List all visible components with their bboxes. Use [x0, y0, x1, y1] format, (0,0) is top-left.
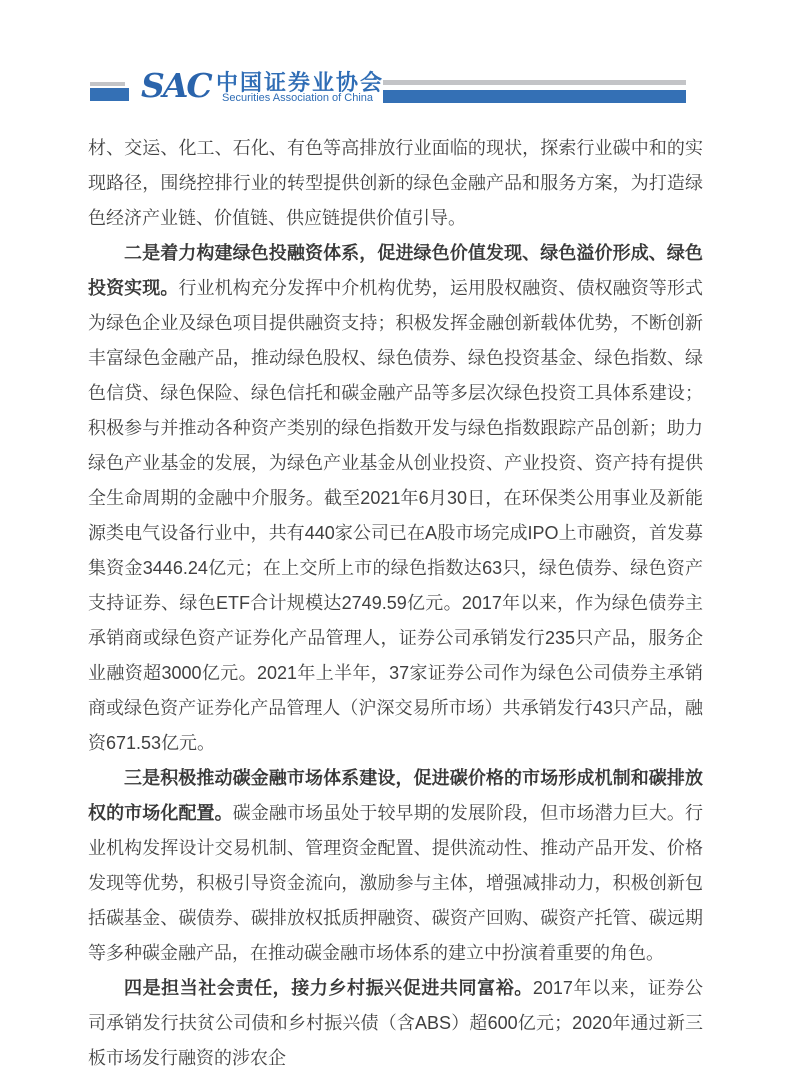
paragraph-1-text: 材、交运、化工、石化、有色等高排放行业面临的现状，探索行业碳中和的实现路径，围绕… [88, 138, 703, 228]
org-name-english: Securities Association of China [222, 92, 373, 104]
paragraph-2-text: 行业机构充分发挥中介机构优势，运用股权融资、债权融资等形式为绿色企业及绿色项目提… [88, 278, 703, 753]
sac-logo: SAC [141, 66, 211, 105]
paragraph-4-lead: 四是担当社会责任，接力乡村振兴促进共同富裕。 [124, 978, 533, 998]
paragraph-1: 材、交运、化工、石化、有色等高排放行业面临的现状，探索行业碳中和的实现路径，围绕… [88, 131, 703, 236]
header: SAC 中国证券业协会 Securities Association of Ch… [0, 0, 793, 115]
paragraph-3: 三是积极推动碳金融市场体系建设，促进碳价格的市场形成机制和碳排放权的市场化配置。… [88, 761, 703, 971]
header-right-blue-bar [383, 90, 686, 103]
header-left-gray-bar [90, 82, 125, 86]
document-page: SAC 中国证券业协会 Securities Association of Ch… [0, 0, 793, 1077]
paragraph-3-text: 碳金融市场虽处于较早期的发展阶段，但市场潜力巨大。行业机构发挥设计交易机制、管理… [88, 803, 703, 963]
header-right-gray-bar [383, 80, 686, 85]
paragraph-2: 二是着力构建绿色投融资体系，促进绿色价值发现、绿色溢价形成、绿色投资实现。行业机… [88, 236, 703, 761]
document-body: 材、交运、化工、石化、有色等高排放行业面临的现状，探索行业碳中和的实现路径，围绕… [88, 131, 703, 1076]
header-left-blue-bar [90, 88, 129, 101]
paragraph-4: 四是担当社会责任，接力乡村振兴促进共同富裕。2017年以来，证券公司承销发行扶贫… [88, 971, 703, 1076]
